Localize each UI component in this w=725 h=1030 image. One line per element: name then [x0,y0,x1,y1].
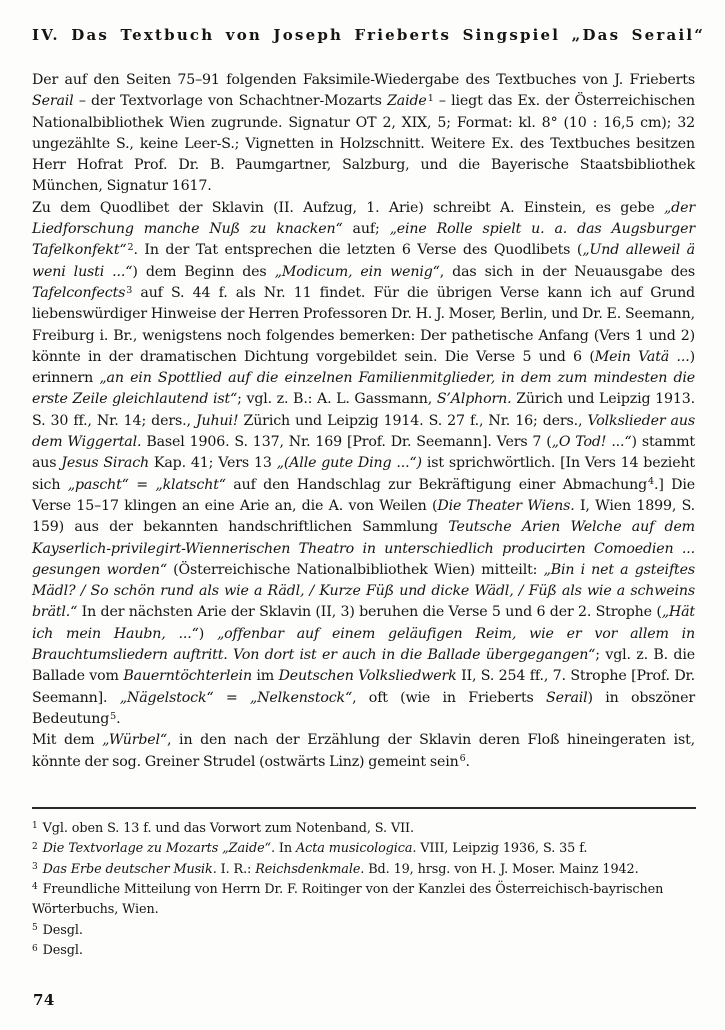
italic-text-segment: S’Alphorn. [437,391,512,407]
italic-text-segment: Die Textvorlage zu Mozarts „Zaide“. [43,841,275,856]
text-segment: Zu dem Quodlibet der Sklavin (II. Aufzug… [32,200,664,216]
footnote: 5Desgl. [32,921,695,941]
italic-text-segment: Mein Vatä ... [595,349,690,365]
italic-text-segment: „Modicum, ein wenig“ [275,264,440,280]
footnote-separator [32,807,696,809]
text-segment: . In der Tat entsprechen die letzten 6 V… [133,242,582,258]
footnote-marker: 2 [127,242,134,253]
text-segment: auf; [343,221,390,237]
italic-text-segment: Das Erbe deutscher Musik. [43,862,217,877]
italic-text-segment: „O Tod! ...“ [552,434,632,450]
text-segment: = [129,477,156,493]
text-segment: ) dem Beginn des [132,264,274,280]
italic-text-segment: Bauerntöchterlein [123,668,252,684]
italic-text-segment: „Nelkenstock“ [250,690,352,706]
text-segment: Desgl. [43,943,83,958]
footnote: 4Freundliche Mitteilung von Herrn Dr. F.… [32,880,695,921]
italic-text-segment: Tafelconfects [32,285,125,301]
text-segment: Mit dem [32,732,102,748]
text-segment: ) [199,626,217,642]
text-segment: Kap. 41; Vers 13 [149,455,277,471]
text-segment: im [252,668,279,684]
text-segment: . [465,754,469,770]
italic-text-segment: „(Alle gute Ding ...“) [277,455,422,471]
footnote-number: 6 [32,944,38,954]
italic-text-segment: Acta musicologica. [296,841,416,856]
italic-text-segment: Juhui! [196,413,238,429]
italic-text-segment: Serail [546,690,588,706]
document-page: IV. Das Textbuch von Joseph Frieberts Si… [0,0,725,1030]
text-segment: VIII, Leipzig 1936, S. 35 f. [416,841,587,856]
footnotes-block: 1Vgl. oben S. 13 f. und das Vorwort zum … [32,819,695,962]
paragraph: Zu dem Quodlibet der Sklavin (II. Aufzug… [32,198,695,730]
footnote: 2Die Textvorlage zu Mozarts „Zaide“. In … [32,839,695,859]
footnote-number: 3 [32,862,38,872]
footnote-marker: 3 [125,285,132,296]
text-segment: – der Textvorlage von Schachtner-Mozarts [74,93,388,109]
italic-text-segment: Zaide [387,93,427,109]
footnote: 1Vgl. oben S. 13 f. und das Vorwort zum … [32,819,695,839]
text-segment: Der auf den Seiten 75–91 folgenden Faksi… [32,72,695,88]
italic-text-segment: Serail [32,93,74,109]
italic-text-segment: Jesus Sirach [61,455,149,471]
text-segment: . [116,711,120,727]
footnote-number: 1 [32,821,38,831]
body-text: Der auf den Seiten 75–91 folgenden Faksi… [32,70,695,773]
footnote-marker: 1 [427,93,434,104]
footnote-number: 2 [32,842,38,852]
text-segment: I. R.: [217,862,256,877]
italic-text-segment: Deutschen Volksliedwerk [279,668,457,684]
footnote-marker: 5 [109,711,116,722]
footnote-marker: 4 [647,476,654,487]
text-segment: = [214,690,250,706]
page-title: IV. Das Textbuch von Joseph Frieberts Si… [32,26,695,44]
footnote-marker: 6 [459,753,466,764]
text-segment: (Österreichische Nationalbibliothek Wien… [167,562,544,578]
text-segment: Desgl. [43,923,83,938]
text-segment: auf den Handschlag zur Bekräftigung eine… [226,477,647,493]
text-segment: Bd. 19, hrsg. von H. J. Moser. Mainz 194… [364,862,638,877]
text-segment: Vgl. oben S. 13 f. und das Vorwort zum N… [43,821,414,836]
italic-text-segment: „Würbel“ [102,732,167,748]
text-segment: In [275,841,296,856]
italic-text-segment: „Nägelstock“ [120,690,214,706]
text-segment: Zürich und Leipzig 1914. S. 27 f., Nr. 1… [238,413,587,429]
page-number: 74 [33,991,55,1009]
text-segment: Basel 1906. S. 137, Nr. 169 [Prof. Dr. S… [141,434,551,450]
italic-text-segment: „pascht“ [68,477,129,493]
text-segment: Freundliche Mitteilung von Herrn Dr. F. … [32,882,663,917]
footnote: 3Das Erbe deutscher Musik. I. R.: Reichs… [32,860,695,880]
footnote-number: 4 [32,882,38,892]
paragraph: Der auf den Seiten 75–91 folgenden Faksi… [32,70,695,198]
text-segment: , das sich in der Neuausgabe des [440,264,695,280]
italic-text-segment: Die Theater Wiens. [437,498,574,514]
italic-text-segment: Reichsdenkmale. [255,862,364,877]
footnote: 6Desgl. [32,941,695,961]
text-segment: ; vgl. z. B.: A. L. Gassmann, [237,391,437,407]
footnote-number: 5 [32,923,38,933]
text-segment: , oft (wie in Frieberts [352,690,546,706]
paragraph: Mit dem „Würbel“, in den nach der Erzähl… [32,730,695,773]
italic-text-segment: „klatscht“ [155,477,225,493]
text-segment: In der nächsten Arie der Sklavin (II, 3)… [77,604,661,620]
